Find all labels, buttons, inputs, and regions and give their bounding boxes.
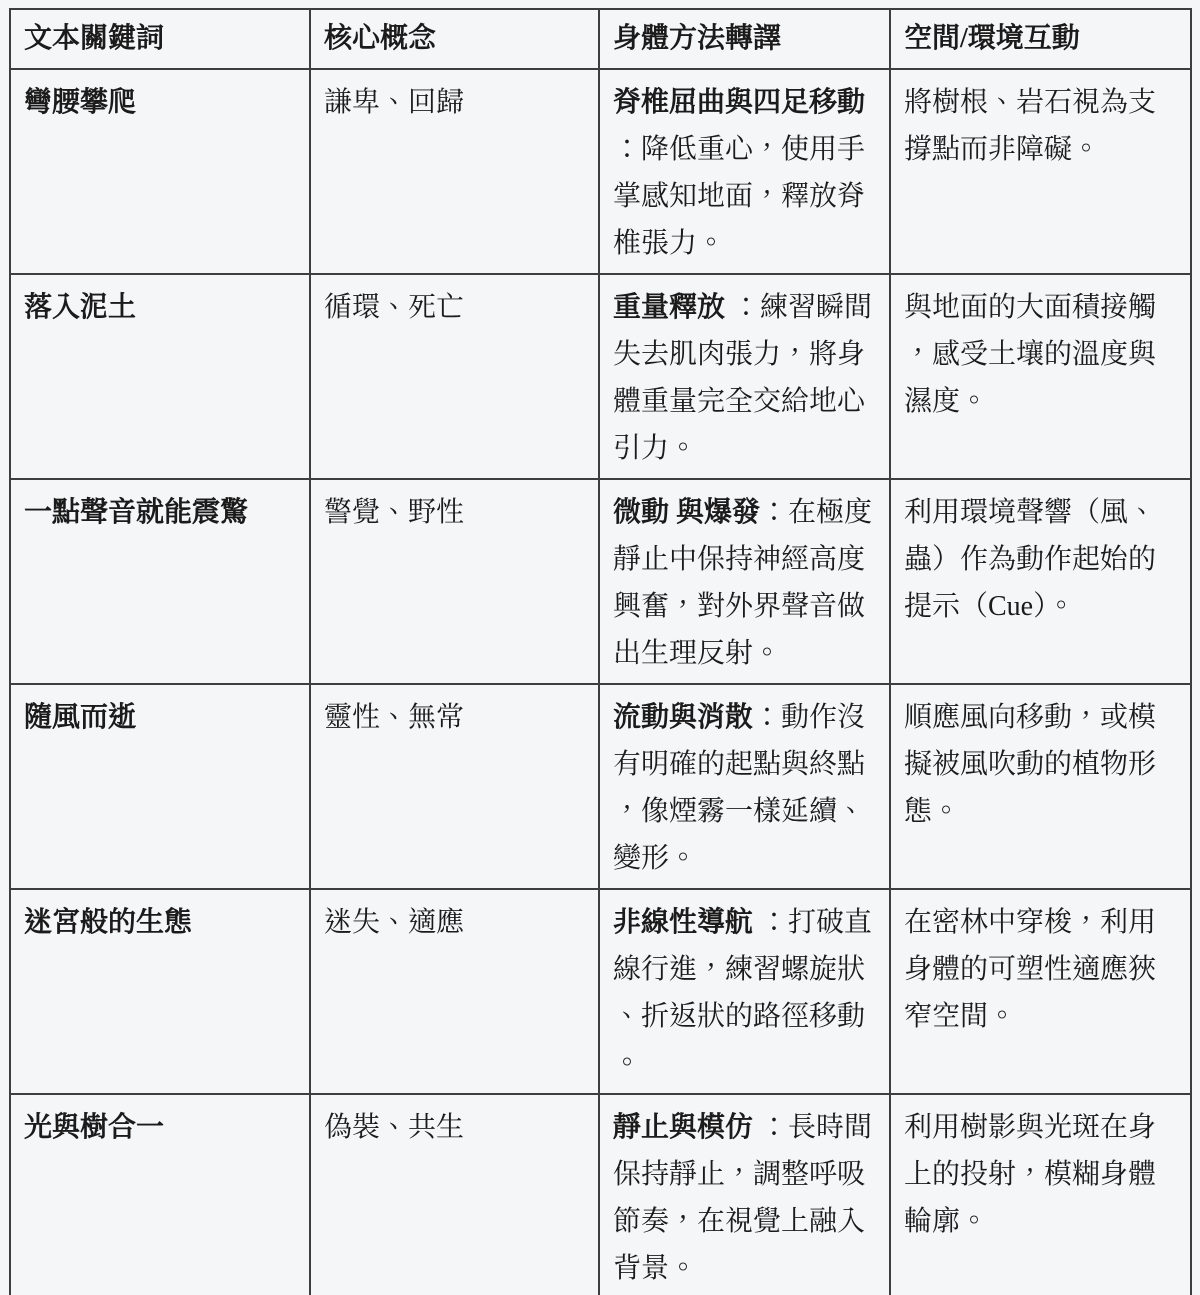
- method-cell: 流動與消散：動作沒有明確的起點與終點，像煙霧一樣延續、變形。: [599, 684, 890, 889]
- environment-cell: 在密林中穿梭，利用身體的可塑性適應狹窄空間。: [890, 889, 1191, 1094]
- method-cell: 靜止與模仿 ：長時間保持靜止，調整呼吸節奏，在視覺上融入背景。: [599, 1094, 890, 1295]
- table-row: 隨風而逝 靈性、無常 流動與消散：動作沒有明確的起點與終點，像煙霧一樣延續、變形…: [10, 684, 1191, 889]
- concept-cell: 靈性、無常: [310, 684, 599, 889]
- concept-text: 偽裝、共生: [324, 1112, 464, 1143]
- keyword-cell: 隨風而逝: [10, 684, 310, 889]
- table-header: 文本關鍵詞 核心概念 身體方法轉譯 空間/環境互動: [10, 9, 1191, 69]
- table-row: 彎腰攀爬 謙卑、回歸 脊椎屈曲與四足移動：降低重心，使用手掌感知地面，釋放脊椎張…: [10, 69, 1191, 274]
- keyword-text: 一點聲音就能震驚: [24, 497, 248, 528]
- environment-text: 將樹根、岩石視為支撐點而非障礙。: [904, 87, 1156, 165]
- concept-cell: 謙卑、回歸: [310, 69, 599, 274]
- keyword-cell: 落入泥土: [10, 274, 310, 479]
- header-body-method: 身體方法轉譯: [599, 9, 890, 69]
- keyword-text: 光與樹合一: [24, 1112, 164, 1143]
- table-row: 迷宮般的生態 迷失、適應 非線性導航 ：打破直線行進，練習螺旋狀、折返狀的路徑移…: [10, 889, 1191, 1094]
- environment-text: 利用環境聲響（風、蟲）作為動作起始的提示（Cue）。: [904, 497, 1156, 622]
- method-description: ：降低重心，使用手掌感知地面，釋放脊椎張力。: [613, 134, 865, 259]
- method-cell: 微動 與爆發：在極度靜止中保持神經高度興奮，對外界聲音做出生理反射。: [599, 479, 890, 684]
- keyword-cell: 一點聲音就能震驚: [10, 479, 310, 684]
- environment-cell: 利用環境聲響（風、蟲）作為動作起始的提示（Cue）。: [890, 479, 1191, 684]
- environment-text: 利用樹影與光斑在身上的投射，模糊身體輪廓。: [904, 1112, 1156, 1237]
- header-row: 文本關鍵詞 核心概念 身體方法轉譯 空間/環境互動: [10, 9, 1191, 69]
- keyword-text: 迷宮般的生態: [24, 907, 192, 938]
- method-cell: 重量釋放 ：練習瞬間失去肌肉張力，將身體重量完全交給地心引力。: [599, 274, 890, 479]
- environment-text: 順應風向移動，或模擬被風吹動的植物形態。: [904, 702, 1156, 827]
- method-cell: 非線性導航 ：打破直線行進，練習螺旋狀、折返狀的路徑移動。: [599, 889, 890, 1094]
- keyword-cell: 迷宮般的生態: [10, 889, 310, 1094]
- environment-cell: 利用樹影與光斑在身上的投射，模糊身體輪廓。: [890, 1094, 1191, 1295]
- method-term: 脊椎屈曲與四足移動: [613, 87, 865, 118]
- keyword-concept-table: 文本關鍵詞 核心概念 身體方法轉譯 空間/環境互動 彎腰攀爬 謙卑、回歸 脊椎屈…: [9, 8, 1192, 1295]
- method-term: 非線性導航: [613, 907, 753, 938]
- header-space-environment: 空間/環境互動: [890, 9, 1191, 69]
- concept-text: 靈性、無常: [324, 702, 464, 733]
- table-row: 一點聲音就能震驚 警覺、野性 微動 與爆發：在極度靜止中保持神經高度興奮，對外界…: [10, 479, 1191, 684]
- table-body: 彎腰攀爬 謙卑、回歸 脊椎屈曲與四足移動：降低重心，使用手掌感知地面，釋放脊椎張…: [10, 69, 1191, 1295]
- keyword-text: 落入泥土: [24, 292, 136, 323]
- method-term: 流動與消散: [613, 702, 753, 733]
- keyword-text: 隨風而逝: [24, 702, 136, 733]
- environment-cell: 將樹根、岩石視為支撐點而非障礙。: [890, 69, 1191, 274]
- concept-cell: 偽裝、共生: [310, 1094, 599, 1295]
- concept-text: 迷失、適應: [324, 907, 464, 938]
- concept-text: 循環、死亡: [324, 292, 464, 323]
- environment-cell: 順應風向移動，或模擬被風吹動的植物形態。: [890, 684, 1191, 889]
- table-row: 光與樹合一 偽裝、共生 靜止與模仿 ：長時間保持靜止，調整呼吸節奏，在視覺上融入…: [10, 1094, 1191, 1295]
- concept-cell: 迷失、適應: [310, 889, 599, 1094]
- header-core-concept: 核心概念: [310, 9, 599, 69]
- method-term: 靜止與模仿: [613, 1112, 753, 1143]
- concept-cell: 循環、死亡: [310, 274, 599, 479]
- environment-cell: 與地面的大面積接觸，感受土壤的溫度與濕度。: [890, 274, 1191, 479]
- concept-cell: 警覺、野性: [310, 479, 599, 684]
- method-term: 重量釋放: [613, 292, 725, 323]
- concept-text: 警覺、野性: [324, 497, 464, 528]
- environment-text: 與地面的大面積接觸，感受土壤的溫度與濕度。: [904, 292, 1156, 417]
- concept-text: 謙卑、回歸: [324, 87, 464, 118]
- keyword-text: 彎腰攀爬: [24, 87, 136, 118]
- environment-text: 在密林中穿梭，利用身體的可塑性適應狹窄空間。: [904, 907, 1156, 1032]
- header-text-keyword: 文本關鍵詞: [10, 9, 310, 69]
- method-cell: 脊椎屈曲與四足移動：降低重心，使用手掌感知地面，釋放脊椎張力。: [599, 69, 890, 274]
- keyword-cell: 彎腰攀爬: [10, 69, 310, 274]
- table-row: 落入泥土 循環、死亡 重量釋放 ：練習瞬間失去肌肉張力，將身體重量完全交給地心引…: [10, 274, 1191, 479]
- method-term: 微動 與爆發: [613, 497, 760, 528]
- keyword-cell: 光與樹合一: [10, 1094, 310, 1295]
